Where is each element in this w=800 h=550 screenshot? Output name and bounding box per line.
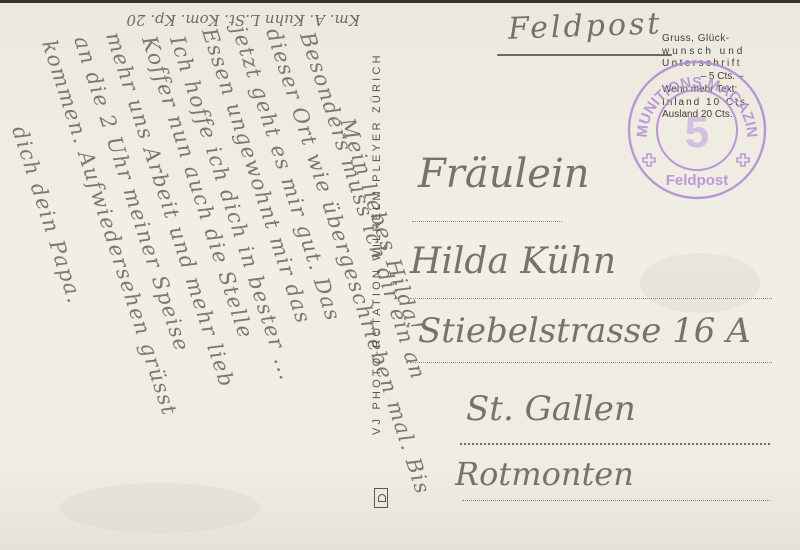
feldpost-underline [497,54,672,56]
sender-line-area: Km. A. Kuhn L.St. Kom. Kp. 20 [150,5,360,31]
publisher-logo-icon [374,488,388,508]
feldpost-heading: Feldpost [507,6,663,46]
address-rule [410,298,772,299]
address-line-5: Rotmonten [455,455,634,493]
sender-line: Km. A. Kuhn L.St. Kom. Kp. 20 [150,11,360,29]
address-rule [412,221,562,222]
paper-stain [60,483,260,533]
swiss-cross-icon [643,154,655,166]
swiss-cross-icon [737,154,749,166]
address-line-4: St. Gallen [466,389,636,429]
stamp-bottom-text: Feldpost [666,172,729,189]
rate-line: wunsch und [662,46,782,59]
address-rule [460,443,770,445]
rate-line: Gruss, Glück- [662,33,782,46]
postcard: Km. A. Kuhn L.St. Kom. Kp. 20 Mein liebe… [0,0,800,550]
address-line-3: Stiebelstrasse 16 A [418,311,751,351]
printer-imprint: VJ PHOTO-ROTATION WILHELM PLEYER ZÜRICH [371,52,383,435]
stamp-number: 5 [685,108,709,157]
paper-stain [640,253,760,313]
address-rule [462,500,770,501]
address-line-1: Fräulein [418,151,590,197]
address-rule [410,362,772,363]
cancellation-stamp: MUNITIONS MAGAZIN 5 Feldpost [626,59,768,201]
address-line-2: Hilda Kühn [410,241,616,282]
